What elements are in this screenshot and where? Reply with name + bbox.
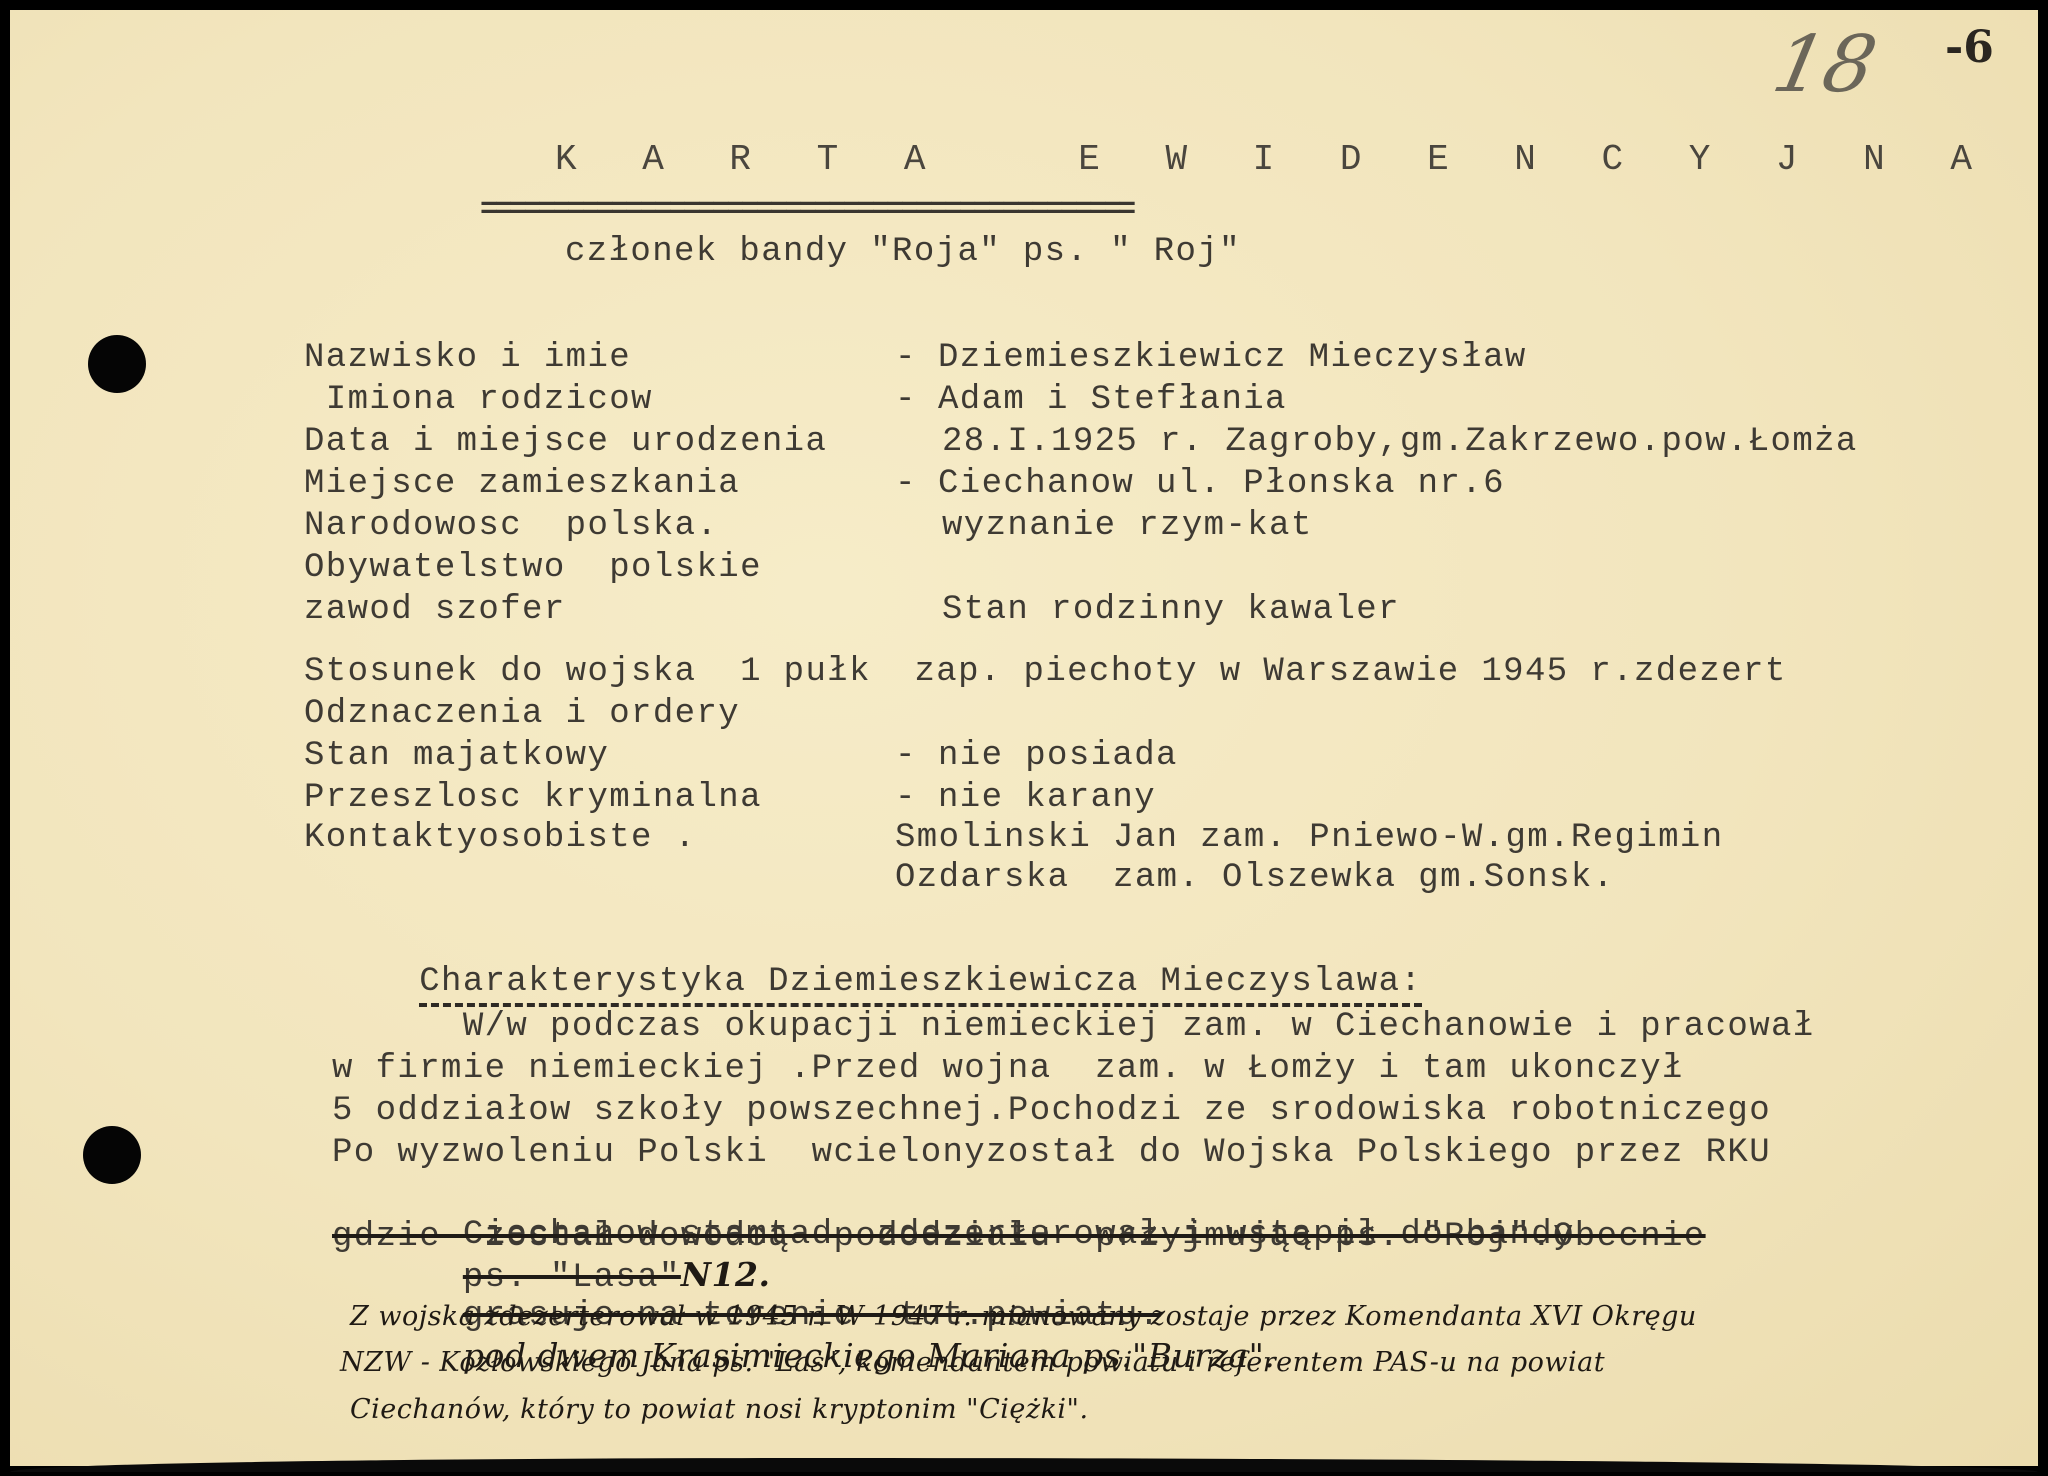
field-value-criminal-record: nie karany — [938, 778, 1156, 818]
military-status-line: Stosunek do wojska 1 pułk zap. piechoty … — [304, 652, 1787, 692]
field-value-contact-1: Smolinski Jan zam. Pniewo-W.gm.Regimin — [895, 818, 1724, 858]
pencil-page-number: 18 — [1765, 20, 1883, 110]
field-label-citizenship: Obywatelstwo polskie — [304, 548, 762, 588]
field-value-residence: Ciechanow ul. Płonska nr.6 — [938, 464, 1505, 504]
field-value-contact-2: Ozdarska zam. Olszewka gm.Sonsk. — [895, 858, 1615, 898]
field-value-birth: 28.I.1925 r. Zagroby,gm.Zakrzewo.pow.Łom… — [942, 422, 1858, 462]
document-title: K A R T A E W I D E N C Y J N A — [555, 140, 1994, 180]
field-sep: - — [895, 778, 917, 818]
field-sep: - — [895, 736, 917, 776]
handwritten-line: NZW - Kozłowskiego Jana ps. "Las", komen… — [340, 1343, 1605, 1383]
field-sep: - — [895, 464, 917, 504]
punch-hole-top — [88, 335, 146, 393]
field-label-criminal-record: Przeszlosc kryminalna — [304, 778, 762, 818]
paragraph-line: w firmie niemieckiej .Przed wojna zam. w… — [332, 1049, 1684, 1089]
characteristic-heading-text: Charakterystyka Dziemieszkiewicza Mieczy… — [419, 963, 1422, 1007]
field-label-decorations: Odznaczenia i ordery — [304, 694, 740, 734]
punch-hole-bottom — [83, 1126, 141, 1184]
field-label-name: Nazwisko i imie — [304, 338, 631, 378]
handwritten-line: Z wojska zdezerterował w 1945 r. W 1947 … — [350, 1297, 1697, 1337]
field-label-parents: Imiona rodzicow — [304, 380, 653, 420]
field-label-residence: Miejsce zamieszkania — [304, 464, 740, 504]
field-sep: - — [895, 338, 917, 378]
field-value-parents: Adam i Stefłania — [938, 380, 1287, 420]
document-subtitle: członek bandy "Roja" ps. " Roj" — [565, 232, 1241, 272]
field-value-religion: wyznanie rzym-kat — [942, 506, 1313, 546]
document-page: 18 -6 K A R T A E W I D E N C Y J N A ==… — [10, 10, 2038, 1466]
field-label-contacts: Kontaktyosobiste . — [304, 818, 696, 858]
field-label-occupation: zawod szofer — [304, 590, 566, 630]
field-value-marital: Stan rodzinny kawaler — [942, 590, 1400, 630]
ink-page-number: -6 — [1945, 22, 1994, 73]
handwritten-line: Ciechanów, który to powiat nosi kryptoni… — [350, 1390, 1089, 1430]
double-rule: ========================================… — [480, 190, 1133, 230]
field-sep: - — [895, 380, 917, 420]
field-label-nationality: Narodowosc polska. — [304, 506, 718, 546]
struck-line: gdzie został dowodcą pododziału przyjmuj… — [332, 1217, 1706, 1257]
paragraph-line: 5 oddziałow szkoły powszechnej.Pochodzi … — [332, 1091, 1771, 1131]
field-label-property: Stan majatkowy — [304, 736, 609, 776]
paragraph-line: Po wyzwoleniu Polski wcielonyzostał do W… — [332, 1133, 1771, 1173]
paragraph-line: W/w podczas okupacji niemieckiej zam. w … — [332, 1007, 1815, 1047]
field-value-name: Dziemieszkiewicz Mieczysław — [938, 338, 1527, 378]
field-value-property: nie posiada — [938, 736, 1178, 776]
field-label-birth: Data i miejsce urodzenia — [304, 422, 827, 462]
